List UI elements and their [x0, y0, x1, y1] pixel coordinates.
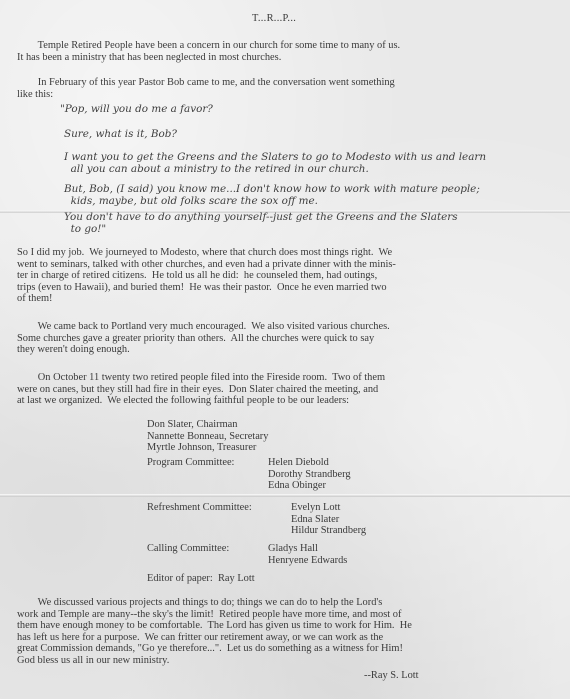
committee-label: Program Committee: [147, 457, 234, 469]
editor-line: Editor of paper: Ray Lott [147, 573, 255, 585]
signature: --Ray S. Lott [364, 670, 419, 682]
committee-members: Gladys Hall Henryene Edwards [268, 543, 347, 566]
paragraph-portland: We came back to Portland very much encou… [17, 321, 390, 356]
officers-list: Don Slater, Chairman Nannette Bonneau, S… [147, 419, 268, 454]
paragraph-intro: Temple Retired People have been a concer… [17, 40, 400, 63]
paragraph-february: In February of this year Pastor Bob came… [17, 77, 395, 100]
committee-members: Helen Diebold Dorothy Strandberg Edna Ob… [268, 457, 351, 492]
paragraph-october: On October 11 twenty two retired people … [17, 372, 385, 407]
paragraph-modesto: So I did my job. We journeyed to Modesto… [17, 247, 396, 305]
paragraph-closing: We discussed various projects and things… [17, 597, 412, 667]
committee-label: Calling Committee: [147, 543, 229, 555]
typewritten-letter: T...R...P... Temple Retired People have … [0, 0, 570, 699]
conversation-line: But, Bob, (I said) you know me...I don't… [64, 184, 480, 207]
committee-members: Evelyn Lott Edna Slater Hildur Strandber… [291, 502, 366, 537]
conversation-line: Sure, what is it, Bob? [64, 129, 177, 141]
conversation-line: "Pop, will you do me a favor? [60, 104, 213, 116]
document-title: T...R...P... [252, 13, 296, 25]
committee-label: Refreshment Committee: [147, 502, 252, 514]
conversation-line: You don't have to do anything yourself--… [64, 212, 458, 235]
conversation-line: I want you to get the Greens and the Sla… [64, 152, 486, 175]
